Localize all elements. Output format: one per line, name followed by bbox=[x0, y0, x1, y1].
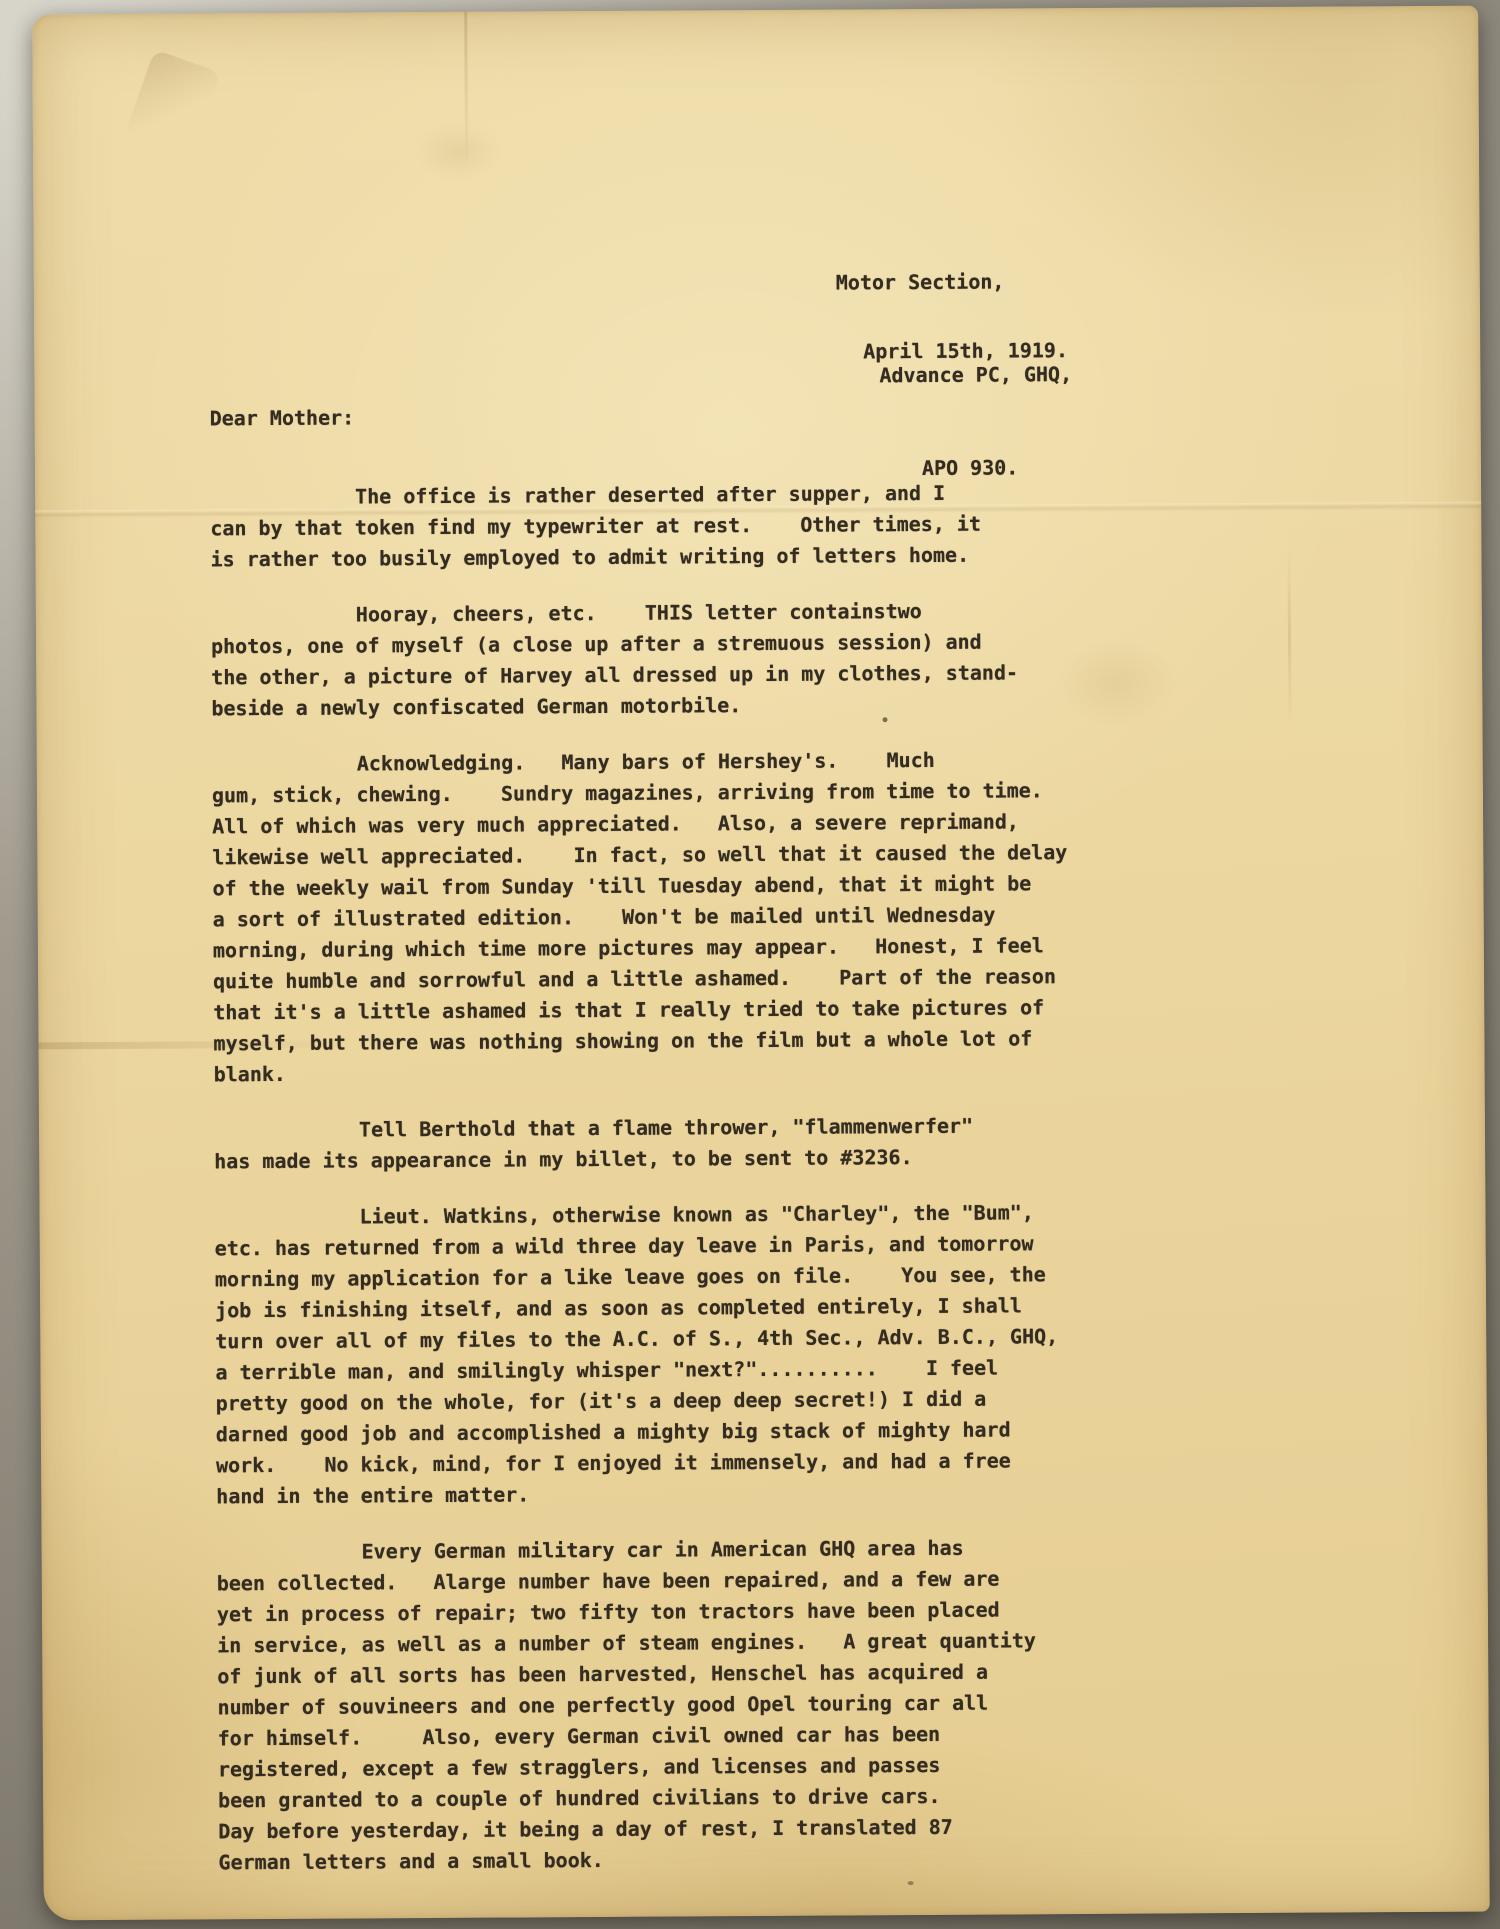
paragraph-german-cars: Every German military car in American GH… bbox=[216, 1532, 1118, 1878]
ink-speck bbox=[908, 1881, 914, 1885]
fold-crease-vertical-top bbox=[464, 12, 468, 172]
letter-date: April 15th, 1919. bbox=[863, 335, 1068, 367]
paragraph-photos: Hooray, cheers, etc. THIS letter contain… bbox=[211, 595, 1112, 724]
corner-fold-mark bbox=[125, 49, 221, 157]
letter-page: Motor Section, Advance PC, GHQ, APO 930.… bbox=[32, 6, 1490, 1921]
photo-background: Motor Section, Advance PC, GHQ, APO 930.… bbox=[0, 0, 1500, 1929]
wrinkle-right bbox=[1287, 547, 1291, 727]
paragraph-acknowledging: Acknowledging. Many bars of Hershey's. M… bbox=[212, 744, 1114, 1090]
letter-body: The office is rather deserted after supp… bbox=[210, 477, 1119, 1878]
paper-stain bbox=[413, 122, 503, 183]
header-unit-line: Motor Section, bbox=[836, 266, 1072, 298]
paragraph-office-deserted: The office is rather deserted after supp… bbox=[210, 477, 1111, 575]
paragraph-flame-thrower: Tell Berthold that a flame thrower, "fla… bbox=[214, 1110, 1114, 1177]
paragraph-lieut-watkins: Lieut. Watkins, otherwise known as "Char… bbox=[214, 1197, 1116, 1512]
salutation: Dear Mother: bbox=[210, 402, 355, 434]
